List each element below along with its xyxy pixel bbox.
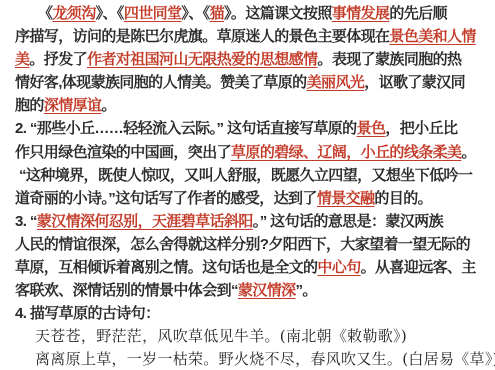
text-run: 《 xyxy=(38,5,52,22)
red-highlight-run: 龙须沟 xyxy=(52,4,95,22)
text-run: 序描写，访问的是陈巴尔虎旗。草原迷人的景色主要体现在 xyxy=(15,28,389,45)
text-run: 3. “ xyxy=(15,213,37,230)
document-body: 《龙须沟》、《四世同堂》、《猫》。这篇课文按照事情发展的先后顺序描写，访问的是陈… xyxy=(0,0,495,370)
text-run: ，把小丘比 xyxy=(385,120,457,137)
text-line: 2. “那些小丘……轻轻流入云际。” 这句话直接写草原的景色，把小丘比 xyxy=(15,117,489,140)
red-highlight-run: 事情发展 xyxy=(332,4,390,22)
red-highlight-run: 景色美和人情 xyxy=(389,27,475,45)
red-highlight-run: 蒙汉情深 xyxy=(238,281,296,299)
red-highlight-run: 美 xyxy=(15,50,29,68)
text-run: 。从喜迎远客、主 xyxy=(361,259,476,276)
text-line: 离离原上草，一岁一枯荣。野火烧不尽，春风吹又生。(白居易《草》) xyxy=(15,348,489,370)
text-line: 草原，互相倾诉着离别之情。这句话也是全文的中心句。从喜迎远客、主 xyxy=(15,256,489,279)
text-line: 客联欢、深情话别的情景中体会到“蒙汉情深”。 xyxy=(15,279,489,302)
text-run: 2. “那些小丘……轻轻流入云际。” 这句话直接写草原的 xyxy=(15,120,357,137)
document-page: 《龙须沟》、《四世同堂》、《猫》。这篇课文按照事情发展的先后顺序描写，访问的是陈… xyxy=(0,0,495,370)
red-highlight-run: 四世同堂 xyxy=(124,4,182,22)
text-run: 》、《 xyxy=(96,5,124,22)
text-run: 的目的。 xyxy=(374,190,432,207)
text-line: “这种境界，既使人惊叹，又叫人舒服，既愿久立四望，又想坐下低吟一 xyxy=(15,164,489,187)
text-line: 序描写，访问的是陈巴尔虎旗。草原迷人的景色主要体现在景色美和人情 xyxy=(15,25,489,48)
red-highlight-run: 中心句 xyxy=(317,258,360,276)
text-line: 《龙须沟》、《四世同堂》、《猫》。这篇课文按照事情发展的先后顺 xyxy=(15,2,489,25)
text-line: 3. “蒙汉情深何忍别，天涯碧草话斜阳。” 这句话的意思是：蒙汉两族 xyxy=(15,210,489,233)
text-line: 道奇丽的小诗。”这句话写了作者的感受，达到了情景交融的目的。 xyxy=(15,187,489,210)
text-run: ，讴歌了蒙汉同 xyxy=(364,74,465,91)
red-highlight-run: 景色 xyxy=(357,119,386,137)
text-run: 客联欢、深情话别的情景中体会到“ xyxy=(15,282,238,299)
text-line: 人民的情谊很深，怎么舍得就这样分别?夕阳西下，大家望着一望无际的 xyxy=(15,233,489,256)
text-run: ”。 xyxy=(296,282,317,299)
text-run: 》。这篇课文按照 xyxy=(224,5,332,22)
text-line: 美。抒发了作者对祖国河山无限热爱的思想感情。表现了蒙族同胞的热 xyxy=(15,48,489,71)
red-highlight-run: 深情厚谊 xyxy=(44,96,102,114)
text-run: “这种境界，既使人惊叹，又叫人舒服，既愿久立四望，又想坐下低吟一 xyxy=(19,167,472,184)
text-run: 。 xyxy=(461,144,475,161)
red-highlight-run: 猫 xyxy=(210,4,224,22)
text-line: 胞的深情厚谊。 xyxy=(15,94,489,117)
text-run: 人民的情谊很深，怎么舍得就这样分别?夕阳西下，大家望着一望无际的 xyxy=(15,236,470,253)
text-run: 。 xyxy=(101,97,115,114)
red-highlight-run: 蒙汉情深何忍别，天涯碧草话斜阳 xyxy=(37,212,253,230)
text-line: 作只用绿色渲染的中国画，突出了草原的碧绿、辽阔，小丘的线条柔美。 xyxy=(15,141,489,164)
text-run: 。抒发了 xyxy=(29,51,87,68)
text-run: 4. 描写草原的古诗句： xyxy=(15,305,159,322)
text-run: 情好客,体现蒙族同胞的人情美。赞美了草原的 xyxy=(15,74,307,91)
text-run: 作只用绿色渲染的中国画，突出了 xyxy=(15,144,231,161)
red-highlight-run: 草原的碧绿、辽阔，小丘的线条柔美 xyxy=(231,143,461,161)
text-run: 》、《 xyxy=(181,5,209,22)
poem-line-text: 天苍苍，野茫茫，风吹草低见牛羊。(南北朝《敕勒歌》) xyxy=(35,327,407,345)
text-run: 道奇丽的小诗。”这句话写了作者的感受，达到了 xyxy=(15,190,317,207)
text-run: 草原，互相倾诉着离别之情。这句话也是全文的 xyxy=(15,259,317,276)
text-line: 天苍苍，野茫茫，风吹草低见牛羊。(南北朝《敕勒歌》) xyxy=(15,325,489,348)
text-line: 情好客,体现蒙族同胞的人情美。赞美了草原的美丽风光，讴歌了蒙汉同 xyxy=(15,71,489,94)
poem-line-text: 离离原上草，一岁一枯荣。野火烧不尽，春风吹又生。(白居易《草》) xyxy=(35,350,495,368)
red-highlight-run: 美丽风光 xyxy=(307,73,365,91)
text-run: 的先后顺 xyxy=(389,5,447,22)
text-run: 。” 这句话的意思是：蒙汉两族 xyxy=(253,213,443,230)
text-run: 胞的 xyxy=(15,97,44,114)
text-run: 。表现了蒙族同胞的热 xyxy=(317,51,461,68)
text-line: 4. 描写草原的古诗句： xyxy=(15,302,489,325)
red-highlight-run: 作者对祖国河山无限热爱的思想感情 xyxy=(87,50,317,68)
red-highlight-run: 情景交融 xyxy=(317,189,375,207)
